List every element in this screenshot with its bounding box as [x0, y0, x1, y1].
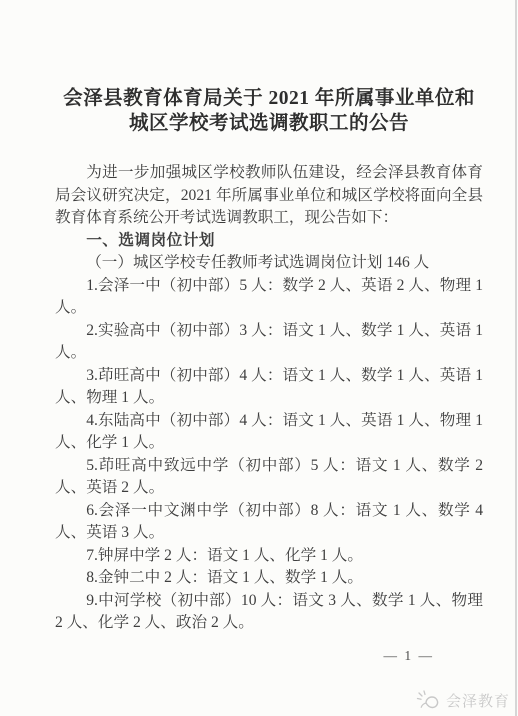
plan-item-7: 7.钟屏中学 2 人：语文 1 人、化学 1 人。: [55, 545, 483, 568]
plan-item-1: 1.会泽一中（初中部）5 人：数学 2 人、英语 2 人、物理 1 人。: [55, 275, 483, 320]
plan-item-8: 8.金钟二中 2 人：语文 1 人、数学 1 人。: [55, 567, 483, 590]
page-number: — 1 —: [384, 648, 435, 664]
document-content: 会泽县教育体育局关于 2021 年所属事业单位和 城区学校考试选调教职工的公告 …: [55, 0, 483, 635]
paragraph-intro: 为进一步加强城区学校教师队伍建设，经会泽县教育体育局会议研究决定，2021 年所…: [55, 162, 483, 230]
plan-item-5: 5.茚旺高中致远中学（初中部）5 人：语文 1 人、数学 2 人、英语 2 人。: [55, 455, 483, 500]
subsection-heading: （一）城区学校专任教师考试选调岗位计划 146 人: [55, 252, 483, 275]
scan-edge-line: [515, 0, 517, 716]
plan-item-9: 9.中河学校（初中部）10 人：语文 3 人、数学 1 人、物理 2 人、化学 …: [55, 590, 483, 635]
document-title-line-1: 会泽县教育体育局关于 2021 年所属事业单位和: [55, 86, 483, 111]
plan-item-3: 3.茚旺高中（初中部）4 人：语文 1 人、数学 1 人、英语 1 人、物理 1…: [55, 365, 483, 410]
plan-item-6: 6.会泽一中文渊中学（初中部）8 人：语文 1 人、数学 4 人、英语 3 人。: [55, 500, 483, 545]
watermark: 会泽教育: [416, 689, 510, 711]
document-title: 会泽县教育体育局关于 2021 年所属事业单位和 城区学校考试选调教职工的公告: [55, 86, 483, 136]
section-heading: 一、选调岗位计划: [55, 230, 483, 253]
document-body: 为进一步加强城区学校教师队伍建设，经会泽县教育体育局会议研究决定，2021 年所…: [55, 162, 483, 635]
document-title-line-2: 城区学校考试选调教职工的公告: [55, 111, 483, 136]
huize-education-logo-icon: [416, 689, 442, 711]
plan-item-2: 2.实验高中（初中部）3 人：语文 1 人、数学 1 人、英语 1 人。: [55, 320, 483, 365]
watermark-label: 会泽教育: [446, 690, 510, 711]
document-page: 会泽县教育体育局关于 2021 年所属事业单位和 城区学校考试选调教职工的公告 …: [0, 0, 518, 716]
plan-item-4: 4.东陆高中（初中部）4 人：语文 1 人、英语 1 人、物理 1 人、化学 1…: [55, 410, 483, 455]
